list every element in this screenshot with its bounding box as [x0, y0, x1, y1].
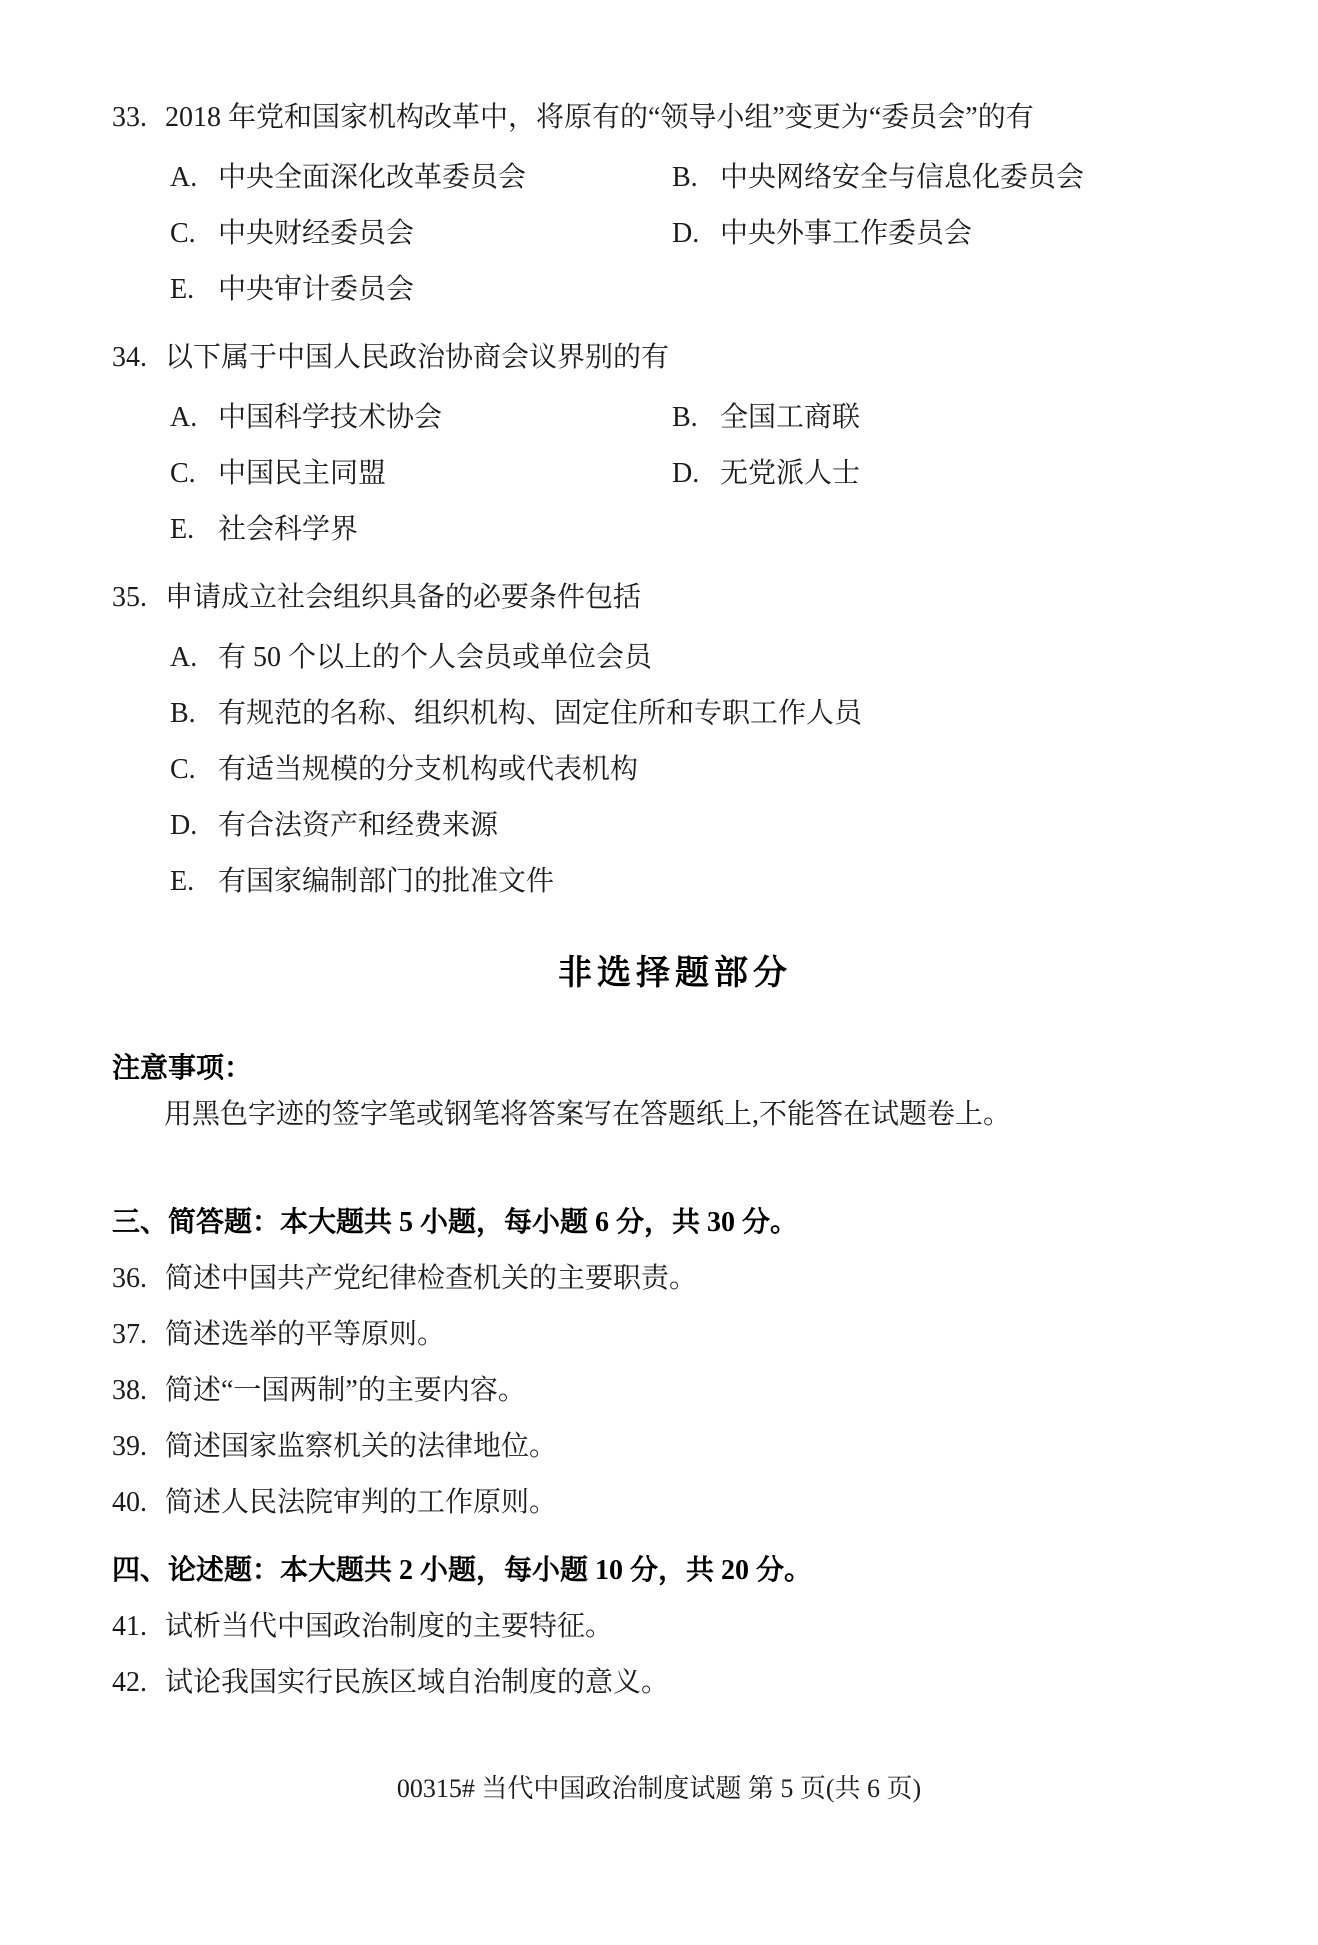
- option-label: D.: [170, 808, 218, 844]
- option-text: 有合法资产和经费来源: [218, 810, 498, 841]
- page-footer: 00315# 当代中国政治制度试题 第 5 页(共 6 页): [0, 1772, 1318, 1806]
- question-text: 简述国家监察机关的法律地位。: [165, 1431, 557, 1462]
- question-number: 34.: [112, 340, 165, 376]
- option-label: B.: [672, 400, 720, 436]
- option-34-a: A.中国科学技术协会: [170, 400, 672, 436]
- question-40: 40.简述人民法院审判的工作原则。: [112, 1485, 1238, 1521]
- question-number: 41.: [112, 1609, 165, 1645]
- option-row: C.中央财经委员会 D.中央外事工作委员会: [170, 216, 1238, 252]
- question-37: 37.简述选举的平等原则。: [112, 1317, 1238, 1353]
- option-row: A.中央全面深化改革委员会 B.中央网络安全与信息化委员会: [170, 160, 1238, 196]
- option-text: 无党派人士: [720, 458, 860, 489]
- question-34-options: A.中国科学技术协会 B.全国工商联 C.中国民主同盟 D.无党派人士: [170, 400, 1238, 568]
- option-label: E.: [170, 512, 218, 548]
- question-text: 试论我国实行民族区域自治制度的意义。: [165, 1667, 669, 1698]
- question-39: 39.简述国家监察机关的法律地位。: [112, 1429, 1238, 1465]
- option-text: 中央财经委员会: [218, 218, 414, 249]
- option-35-b: B.有规范的名称、组织机构、固定住所和专职工作人员: [170, 696, 862, 732]
- option-text: 有国家编制部门的批准文件: [218, 866, 554, 897]
- question-number: 38.: [112, 1373, 165, 1409]
- option-row: A.中国科学技术协会 B.全国工商联: [170, 400, 1238, 436]
- question-35-line: 35.申请成立社会组织具备的必要条件包括: [112, 580, 1238, 616]
- question-number: 37.: [112, 1317, 165, 1353]
- question-42: 42.试论我国实行民族区域自治制度的意义。: [112, 1665, 1238, 1701]
- question-text: 简述中国共产党纪律检查机关的主要职责。: [165, 1263, 697, 1294]
- option-row: E.社会科学界: [170, 512, 1238, 548]
- option-text: 全国工商联: [720, 402, 860, 433]
- option-text: 中央全面深化改革委员会: [218, 162, 526, 193]
- option-text: 中央审计委员会: [218, 274, 414, 305]
- option-33-e: E.中央审计委员会: [170, 272, 672, 308]
- option-34-c: C.中国民主同盟: [170, 456, 672, 492]
- question-number: 42.: [112, 1665, 165, 1701]
- option-label: D.: [672, 456, 720, 492]
- option-label: A.: [170, 640, 218, 676]
- question-33-options: A.中央全面深化改革委员会 B.中央网络安全与信息化委员会 C.中央财经委员会 …: [170, 160, 1238, 328]
- question-38: 38.简述“一国两制”的主要内容。: [112, 1373, 1238, 1409]
- option-35-c: C.有适当规模的分支机构或代表机构: [170, 752, 638, 788]
- option-text: 社会科学界: [218, 514, 358, 545]
- question-number: 33.: [112, 100, 165, 136]
- option-text: 有规范的名称、组织机构、固定住所和专职工作人员: [218, 698, 862, 729]
- question-35: 35.申请成立社会组织具备的必要条件包括 A.有 50 个以上的个人会员或单位会…: [112, 580, 1238, 920]
- option-row: D.有合法资产和经费来源: [170, 808, 1238, 844]
- option-label: C.: [170, 216, 218, 252]
- option-34-b: B.全国工商联: [672, 400, 860, 436]
- question-33: 33.2018 年党和国家机构改革中，将原有的“领导小组”变更为“委员会”的有 …: [112, 100, 1238, 328]
- option-label: C.: [170, 752, 218, 788]
- option-row: E.有国家编制部门的批准文件: [170, 864, 1238, 900]
- option-35-d: D.有合法资产和经费来源: [170, 808, 498, 844]
- short-answer-section-heading: 三、简答题：本大题共 5 小题，每小题 6 分，共 30 分。: [112, 1205, 1238, 1241]
- question-text: 简述选举的平等原则。: [165, 1319, 445, 1350]
- option-label: B.: [672, 160, 720, 196]
- option-row: B.有规范的名称、组织机构、固定住所和专职工作人员: [170, 696, 1238, 732]
- question-text: 2018 年党和国家机构改革中，将原有的“领导小组”变更为“委员会”的有: [165, 102, 1034, 133]
- notes-body: 用黑色字迹的签字笔或钢笔将答案写在答题纸上,不能答在试题卷上。: [164, 1097, 1238, 1133]
- notes-label: 注意事项：: [112, 1051, 1238, 1087]
- question-number: 35.: [112, 580, 165, 616]
- option-33-a: A.中央全面深化改革委员会: [170, 160, 672, 196]
- option-34-e: E.社会科学界: [170, 512, 672, 548]
- question-text: 申请成立社会组织具备的必要条件包括: [165, 582, 641, 613]
- question-number: 39.: [112, 1429, 165, 1465]
- question-text: 简述“一国两制”的主要内容。: [165, 1375, 526, 1406]
- option-row: E.中央审计委员会: [170, 272, 1238, 308]
- question-text: 简述人民法院审判的工作原则。: [165, 1487, 557, 1518]
- page-content: 33.2018 年党和国家机构改革中，将原有的“领导小组”变更为“委员会”的有 …: [0, 0, 1318, 1701]
- option-label: B.: [170, 696, 218, 732]
- question-35-options: A.有 50 个以上的个人会员或单位会员 B.有规范的名称、组织机构、固定住所和…: [170, 640, 1238, 920]
- option-text: 中国科学技术协会: [218, 402, 442, 433]
- option-text: 有适当规模的分支机构或代表机构: [218, 754, 638, 785]
- option-label: C.: [170, 456, 218, 492]
- essay-section-heading: 四、论述题：本大题共 2 小题，每小题 10 分，共 20 分。: [112, 1553, 1238, 1589]
- option-33-c: C.中央财经委员会: [170, 216, 672, 252]
- option-label: A.: [170, 160, 218, 196]
- option-label: E.: [170, 864, 218, 900]
- option-text: 中国民主同盟: [218, 458, 386, 489]
- option-row: C.中国民主同盟 D.无党派人士: [170, 456, 1238, 492]
- option-row: A.有 50 个以上的个人会员或单位会员: [170, 640, 1238, 676]
- option-label: A.: [170, 400, 218, 436]
- question-number: 40.: [112, 1485, 165, 1521]
- question-41: 41.试析当代中国政治制度的主要特征。: [112, 1609, 1238, 1645]
- exam-paper-page: 33.2018 年党和国家机构改革中，将原有的“领导小组”变更为“委员会”的有 …: [0, 0, 1318, 1945]
- option-35-a: A.有 50 个以上的个人会员或单位会员: [170, 640, 652, 676]
- option-label: E.: [170, 272, 218, 308]
- question-34: 34.以下属于中国人民政治协商会议界别的有 A.中国科学技术协会 B.全国工商联…: [112, 340, 1238, 568]
- question-36: 36.简述中国共产党纪律检查机关的主要职责。: [112, 1261, 1238, 1297]
- question-33-line: 33.2018 年党和国家机构改革中，将原有的“领导小组”变更为“委员会”的有: [112, 100, 1238, 136]
- option-33-d: D.中央外事工作委员会: [672, 216, 972, 252]
- question-text: 以下属于中国人民政治协商会议界别的有: [165, 342, 669, 373]
- question-34-line: 34.以下属于中国人民政治协商会议界别的有: [112, 340, 1238, 376]
- option-row: C.有适当规模的分支机构或代表机构: [170, 752, 1238, 788]
- option-35-e: E.有国家编制部门的批准文件: [170, 864, 554, 900]
- option-33-b: B.中央网络安全与信息化委员会: [672, 160, 1084, 196]
- section-title-non-choice: 非选择题部分: [112, 952, 1238, 996]
- option-label: D.: [672, 216, 720, 252]
- question-text: 试析当代中国政治制度的主要特征。: [165, 1611, 613, 1642]
- option-text: 有 50 个以上的个人会员或单位会员: [218, 642, 652, 673]
- question-number: 36.: [112, 1261, 165, 1297]
- option-text: 中央外事工作委员会: [720, 218, 972, 249]
- option-34-d: D.无党派人士: [672, 456, 860, 492]
- option-text: 中央网络安全与信息化委员会: [720, 162, 1084, 193]
